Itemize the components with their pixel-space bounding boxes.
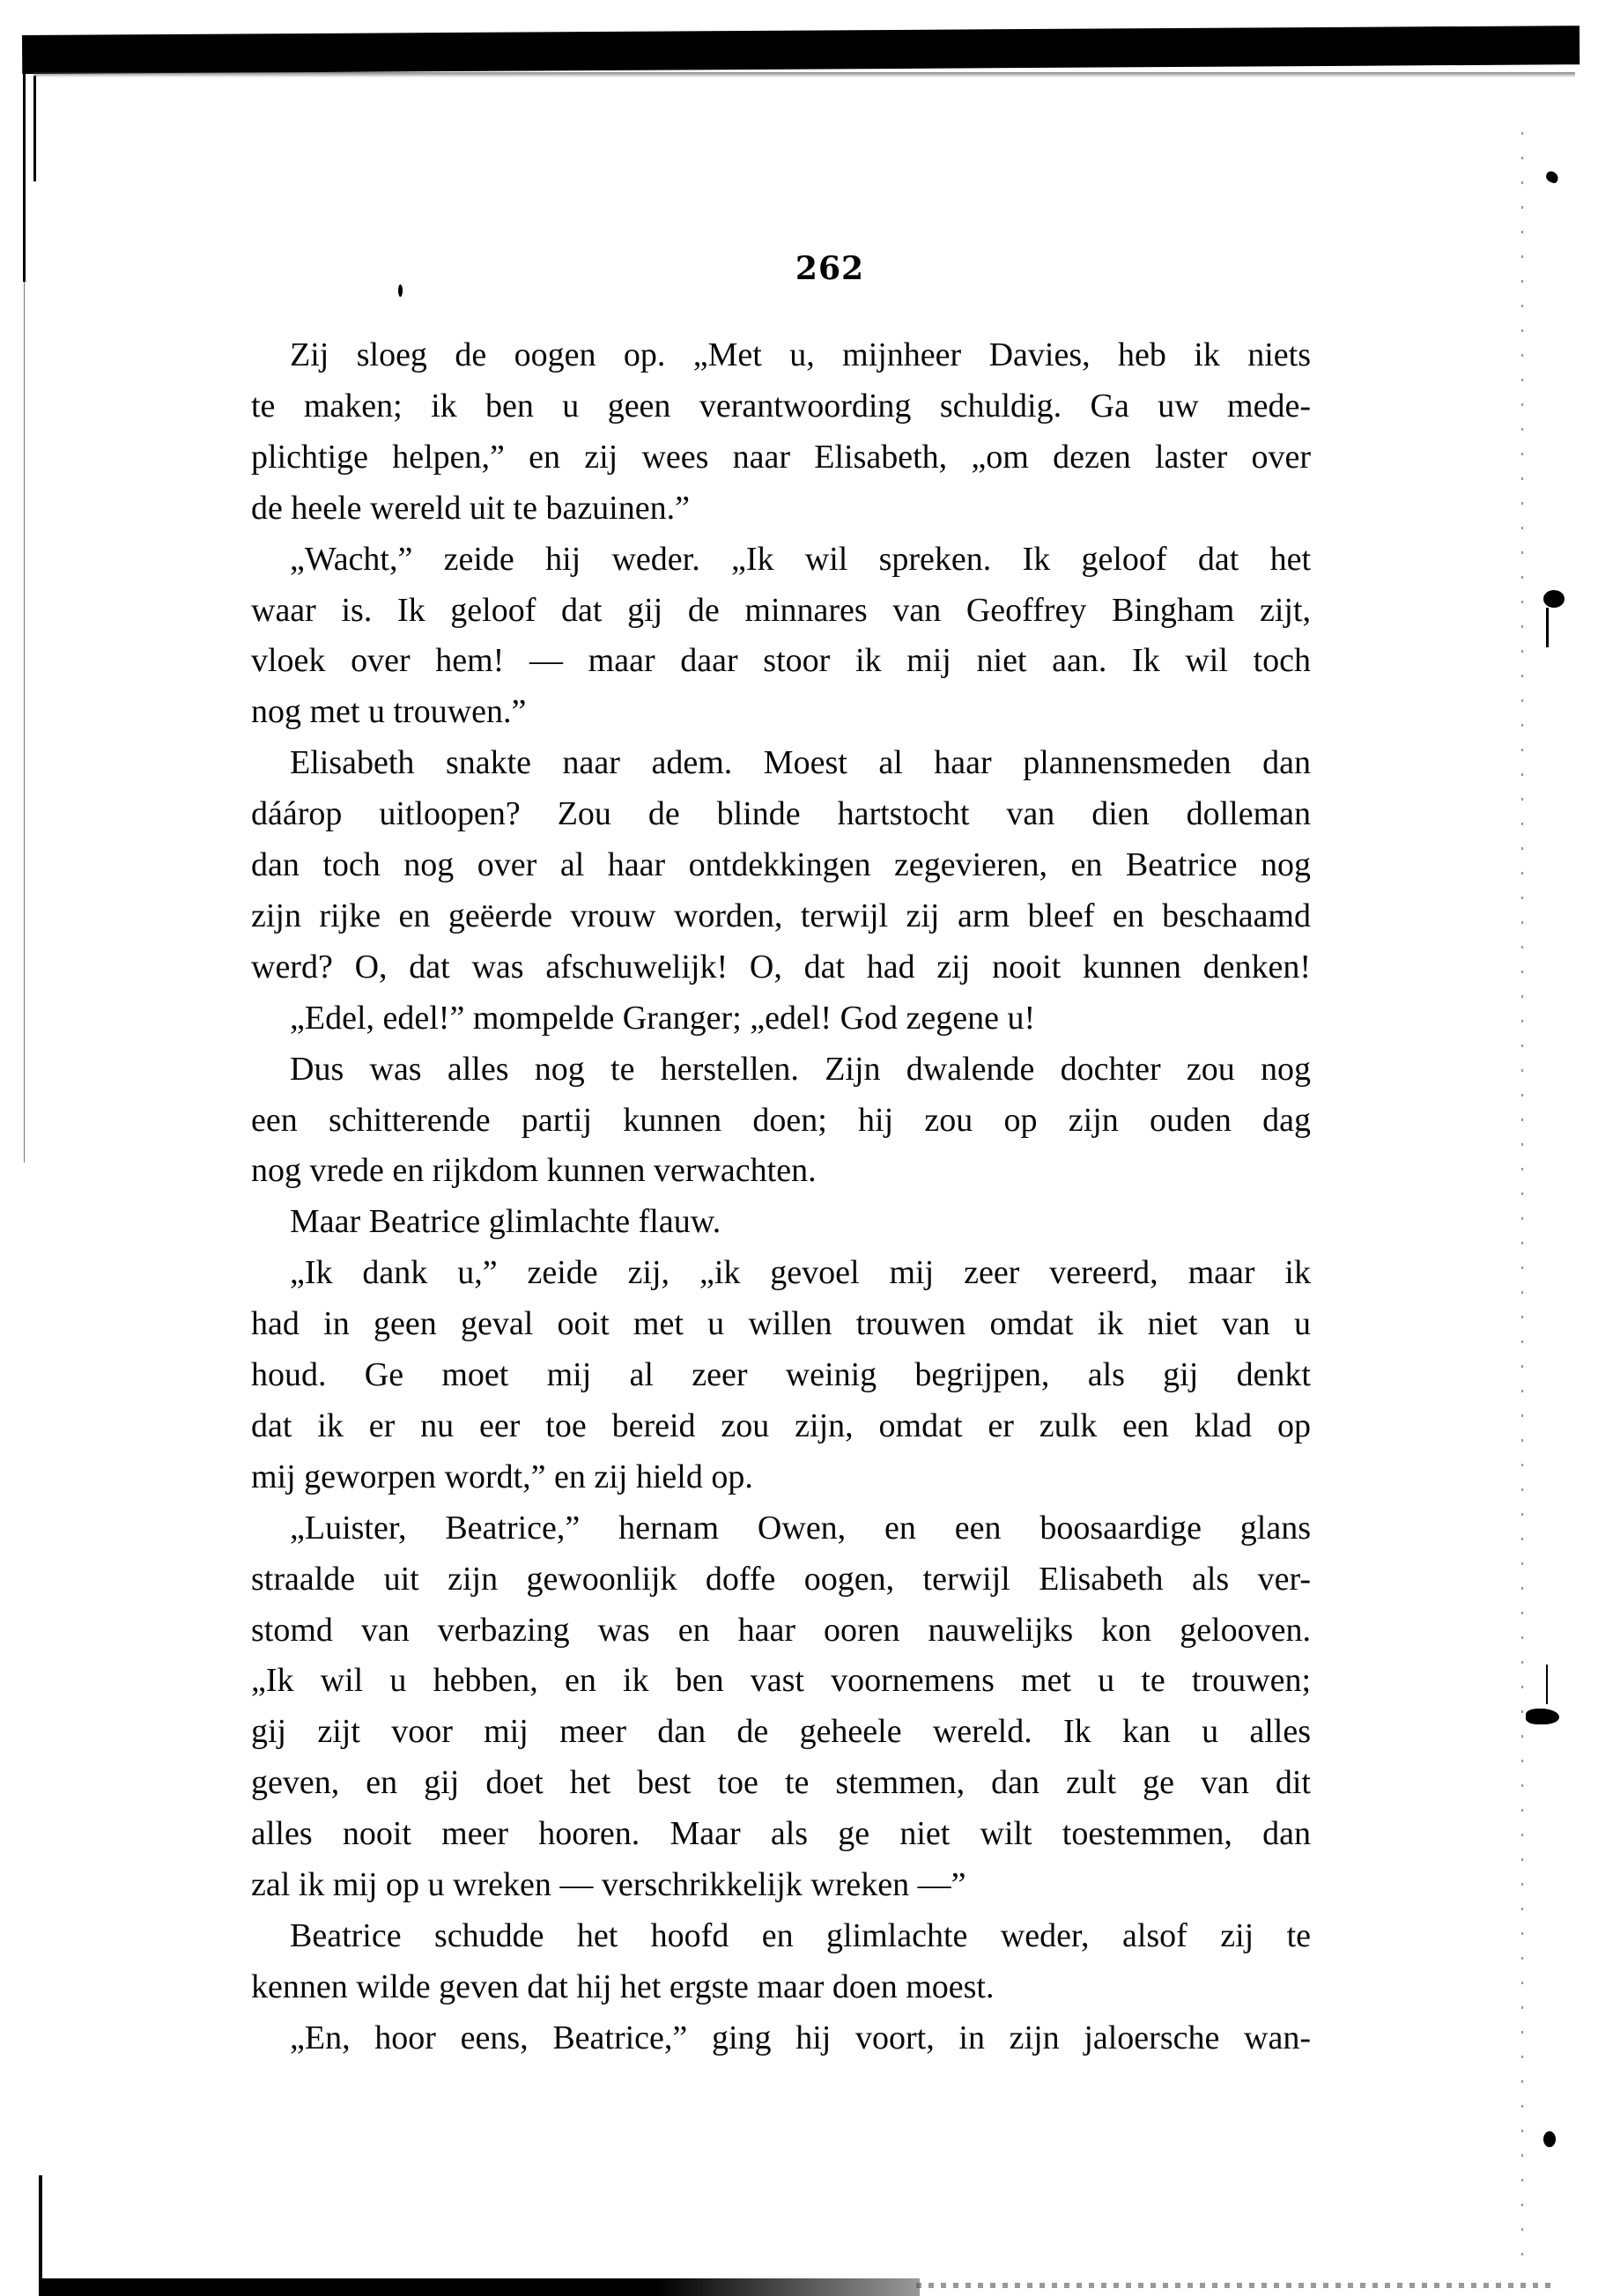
text-line: „Ik dank u,” zeide zij, „ik gevoel mij z… [251, 1251, 1311, 1295]
text-line: „Edel, edel!” mompelde Granger; „edel! G… [251, 996, 1311, 1040]
scan-speck [1543, 2131, 1556, 2147]
text-line: houd. Ge moet mij al zeer weinig begrijp… [251, 1353, 1311, 1397]
text-line: „En, hoor eens, Beatrice,” ging hij voor… [251, 2016, 1311, 2060]
scan-speck [1546, 1665, 1548, 1704]
scan-speck [1544, 170, 1559, 184]
text-line: dat ik er nu eer toe bereid zou zijn, om… [251, 1404, 1311, 1448]
scan-left-border-inner [33, 76, 36, 181]
scan-left-edge-line [24, 282, 25, 1163]
scan-right-edge-dots [1521, 132, 1523, 2272]
text-line: zal ik mij op u wreken — verschrikkelijk… [251, 1863, 1311, 1907]
text-line: geven, en gij doet het best toe te stemm… [251, 1761, 1311, 1805]
text-line: gij zijt voor mij meer dan de geheele we… [251, 1709, 1311, 1753]
text-line: nog vrede en rijkdom kunnen verwachten. [251, 1148, 1311, 1192]
scan-speck [1543, 590, 1565, 608]
text-line: waar is. Ik geloof dat gij de minnares v… [251, 588, 1311, 632]
scan-bottom-border [39, 2278, 920, 2296]
scan-top-border-shadow [33, 72, 1575, 78]
text-line: zijn rijke en geëerde vrouw worden, terw… [251, 894, 1311, 938]
text-line: plichtige helpen,” en zij wees naar Elis… [251, 435, 1311, 479]
text-line: „Ik wil u hebben, en ik ben vast voornem… [251, 1658, 1311, 1702]
text-line: straalde uit zijn gewoonlijk doffe oogen… [251, 1557, 1311, 1601]
page-number: 262 [0, 250, 1598, 287]
scan-speck [1526, 1709, 1559, 1724]
scan-top-border [22, 26, 1580, 74]
text-line: Maar Beatrice glimlachte flauw. [251, 1200, 1311, 1244]
text-line: dan toch nog over al haar ontdekkingen z… [251, 843, 1311, 887]
text-line: Beatrice schudde het hoofd en glimlachte… [251, 1914, 1311, 1958]
scan-left-border [23, 53, 26, 282]
text-line: mij geworpen wordt,” en zij hield op. [251, 1455, 1311, 1499]
text-line: een schitterende partij kunnen doen; hij… [251, 1098, 1311, 1142]
text-line: te maken; ik ben u geen verantwoording s… [251, 384, 1311, 428]
text-line: Dus was alles nog te herstellen. Zijn dw… [251, 1047, 1311, 1091]
text-line: Zij sloeg de oogen op. „Met u, mijnheer … [251, 333, 1311, 377]
text-line: „Luister, Beatrice,” hernam Owen, en een… [251, 1506, 1311, 1550]
text-line: Elisabeth snakte naar adem. Moest al haa… [251, 741, 1311, 785]
scan-speck [1546, 608, 1549, 647]
text-line: dáárop uitloopen? Zou de blinde hartstoc… [251, 792, 1311, 836]
text-line: vloek over hem! — maar daar stoor ik mij… [251, 639, 1311, 683]
scanned-page: 262 Zij sloeg de oogen op. „Met u, mijnh… [0, 0, 1598, 2296]
text-line: stomd van verbazing was en haar ooren na… [251, 1608, 1311, 1652]
text-line: kennen wilde geven dat hij het ergste ma… [251, 1965, 1311, 2009]
text-line: alles nooit meer hooren. Maar als ge nie… [251, 1812, 1311, 1856]
text-line: werd? O, dat was afschuwelijk! O, dat ha… [251, 945, 1311, 989]
text-line: de heele wereld uit te bazuinen.” [251, 486, 1311, 530]
scan-bottom-border-faint [916, 2283, 1550, 2288]
text-line: nog met u trouwen.” [251, 690, 1311, 734]
text-line: „Wacht,” zeide hij weder. „Ik wil spreke… [251, 537, 1311, 581]
text-line: had in geen geval ooit met u willen trou… [251, 1302, 1311, 1346]
scan-left-border-bottom [39, 2175, 42, 2290]
